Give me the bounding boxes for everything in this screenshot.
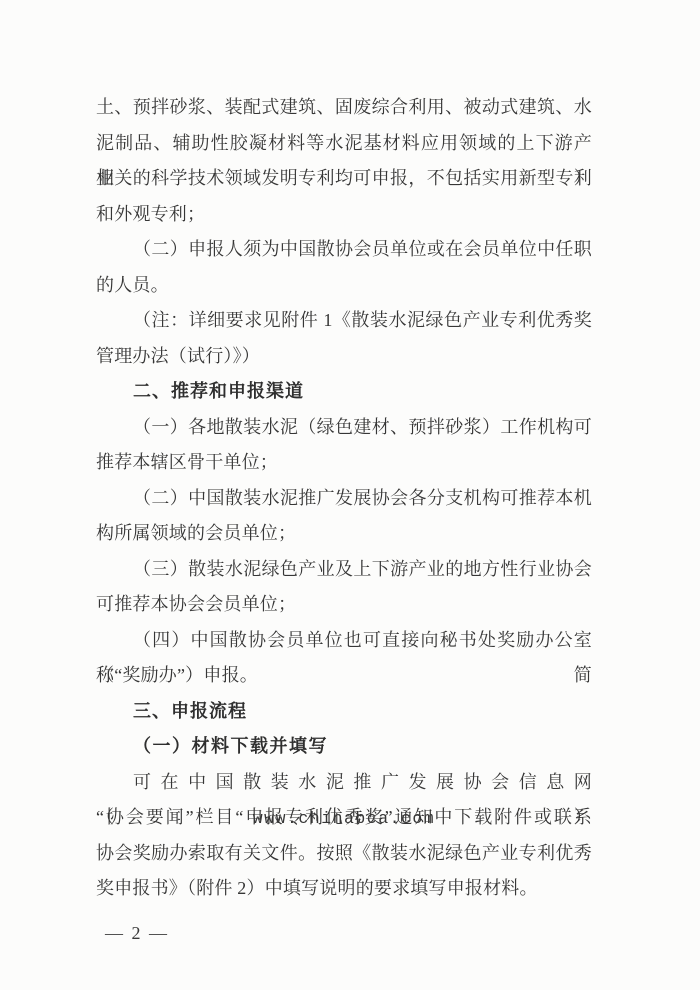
body-line: 泥制品、辅助性胶凝材料等水泥基材料应用领域的上下游产业） — [96, 126, 592, 162]
section-heading-3: 三、申报流程 — [96, 694, 592, 730]
document-text-block: 土、预拌砂浆、装配式建筑、固废综合利用、被动式建筑、水 泥制品、辅助性胶凝材料等… — [96, 90, 592, 951]
body-line: 可推荐本协会会员单位； — [96, 587, 592, 623]
body-line: 推荐本辖区骨干单位； — [96, 445, 592, 481]
body-line: 土、预拌砂浆、装配式建筑、固废综合利用、被动式建筑、水 — [96, 90, 592, 126]
note-line: 管理办法（试行）》） — [96, 339, 592, 375]
note-line: （注：详细要求见附件 1《散装水泥绿色产业专利优秀奖 — [96, 303, 592, 339]
body-line: 的人员。 — [96, 268, 592, 304]
section-heading-2: 二、推荐和申报渠道 — [96, 374, 592, 410]
body-line: 相关的科学技术领域发明专利均可申报，不包括实用新型专利 — [96, 161, 592, 197]
document-page: 土、预拌砂浆、装配式建筑、固废综合利用、被动式建筑、水 泥制品、辅助性胶凝材料等… — [0, 0, 700, 990]
body-line-with-url: 可在中国散装水泥推广发展协会信息网（www.chinabca.com） — [96, 765, 592, 801]
body-line: （三）散装水泥绿色产业及上下游产业的地方性行业协会 — [96, 552, 592, 588]
body-line: 协会奖励办索取有关文件。按照《散装水泥绿色产业专利优秀 — [96, 836, 592, 872]
body-line: “协会要闻”栏目“申报专利优秀奖”通知中下载附件或联系 — [96, 800, 592, 836]
body-line: （四）中国散协会员单位也可直接向秘书处奖励办公室（简 — [96, 623, 592, 659]
body-line: 构所属领域的会员单位； — [96, 516, 592, 552]
body-line: （一）各地散装水泥（绿色建材、预拌砂浆）工作机构可 — [96, 410, 592, 446]
body-line: （二）申报人须为中国散协会员单位或在会员单位中任职 — [96, 232, 592, 268]
body-line: 奖申报书》（附件 2）中填写说明的要求填写申报材料。 — [96, 871, 592, 907]
subsection-heading: （一）材料下载并填写 — [96, 729, 592, 765]
body-line: （二）中国散装水泥推广发展协会各分支机构可推荐本机 — [96, 481, 592, 517]
page-number: — 2 — — [96, 916, 592, 951]
body-line: 和外观专利； — [96, 197, 592, 233]
